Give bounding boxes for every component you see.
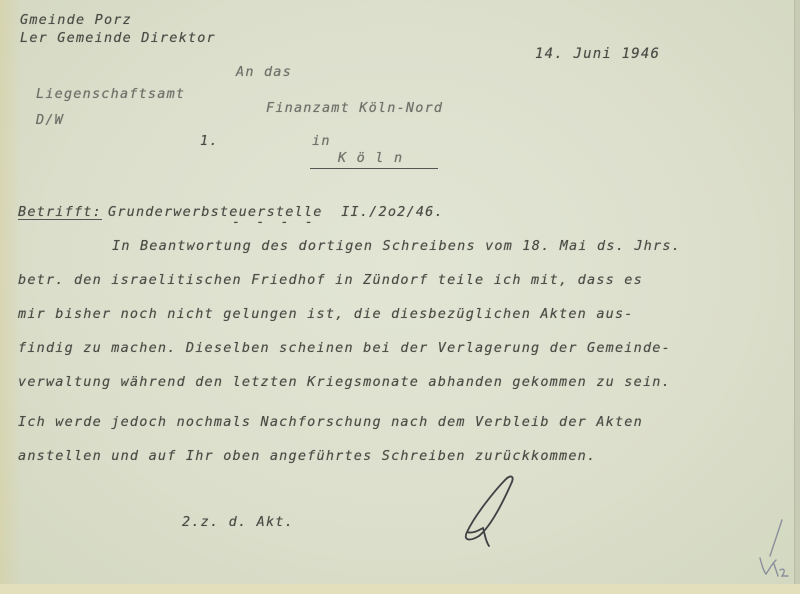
sender-line-2: Ler Gemeinde Direktor bbox=[20, 30, 216, 46]
body-line: verwaltung während den letzten Kriegsmon… bbox=[18, 374, 671, 390]
sender-reference: D/W bbox=[36, 112, 64, 128]
sender-department: Liegenschaftsamt bbox=[36, 86, 185, 102]
subject-label: Betrifft: bbox=[18, 204, 102, 220]
signature-icon bbox=[455, 470, 525, 550]
recipient-office: Finanzamt Köln-Nord bbox=[266, 100, 443, 116]
body-line: mir bisher noch nicht gelungen ist, die … bbox=[18, 306, 634, 322]
body-line: betr. den israelitischen Friedhof in Zün… bbox=[18, 272, 643, 288]
body-line: In Beantwortung des dortigen Schreibens … bbox=[112, 238, 681, 254]
letter-date: 14. Juni 1946 bbox=[535, 46, 660, 62]
body-line: anstellen und auf Ihr oben angeführtes S… bbox=[18, 448, 596, 464]
city-underline bbox=[310, 168, 438, 169]
recipient-salutation: An das bbox=[236, 64, 292, 80]
page-edge-bottom bbox=[0, 584, 800, 594]
body-line: findig zu machen. Dieselben scheinen bei… bbox=[18, 340, 671, 356]
document-page: Gmeinde Porz Ler Gemeinde Direktor 14. J… bbox=[0, 0, 795, 589]
subject-separator: - - - - bbox=[232, 214, 317, 230]
sender-line-1: Gmeinde Porz bbox=[20, 12, 132, 28]
recipient-city: K ö l n bbox=[338, 150, 403, 166]
body-line: Ich werde jedoch nochmals Nachforschung … bbox=[18, 414, 643, 430]
page-edge-right bbox=[795, 0, 800, 594]
closing-note: 2.z. d. Akt. bbox=[182, 514, 294, 530]
recipient-number: 1. bbox=[200, 133, 219, 149]
recipient-preposition: in bbox=[312, 133, 331, 149]
margin-mark-icon bbox=[752, 516, 797, 586]
